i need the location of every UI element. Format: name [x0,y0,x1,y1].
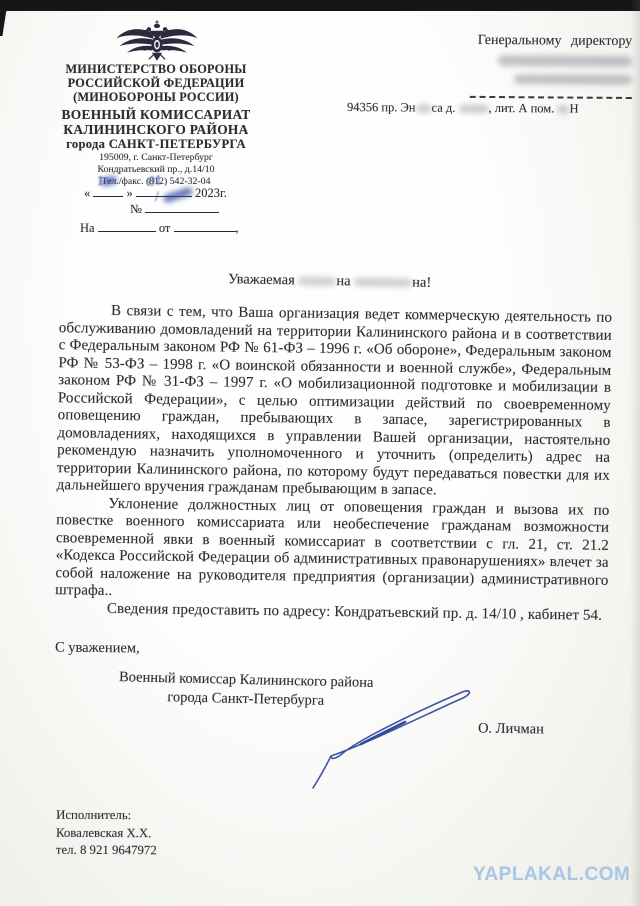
org-line: ВОЕННЫЙ КОМИССАРИАТ [28,107,284,122]
redaction-smudge [354,278,412,288]
salutation-fragment: на! [412,274,431,290]
ministry-line: РОССИЙСКОЙ ФЕДЕРАЦИИ [28,77,284,91]
handwritten-month: 01 [147,173,164,191]
redaction-smudge [415,105,431,113]
org-line: города САНКТ-ПЕТЕРБУРГА [28,137,284,152]
na-label: На [80,221,95,235]
recipient-title: Генеральному директору [350,32,632,50]
executor-block: Исполнитель: Ковалевская Х.Х. тел. 8 921… [56,807,157,860]
address-fragment: Н [569,102,578,116]
close-quote: » [127,186,133,200]
redaction-smudge [514,74,632,85]
ot-label: от [159,221,171,235]
blank-na [98,220,156,232]
scan-edge-corner [0,0,8,36]
contact-line: 195009, г. Санкт-Петербург [28,152,284,164]
scan-edge-top [0,0,640,11]
salutation-fragment: на [336,273,350,289]
blank-day: 1 [93,185,123,197]
signature-stroke [283,687,473,799]
body-paragraph: В связи с тем, что Ваша организация веде… [57,302,613,502]
salutation: Уважаемая на на! [228,271,432,292]
signer-name: О. Личман [478,721,544,739]
salutation-fragment: Уважаемая [228,271,295,288]
double-headed-eagle-icon [113,19,201,63]
open-quote: « [84,186,90,200]
ministry-line: МИНИСТЕРСТВО ОБОРОНЫ [28,63,284,77]
ministry-name: МИНИСТЕРСТВО ОБОРОНЫ РОССИЙСКОЙ ФЕДЕРАЦИ… [28,63,284,104]
redaction-smudge [498,55,632,67]
blank-number: / [145,201,219,213]
ministry-line: (МИНОБОРОНЫ РОССИИ) [28,91,284,105]
letter-body: В связи с тем, что Ваша организация веде… [55,302,612,625]
closing-regards: С уважением, [55,640,140,658]
address-fragment: 94356 пр. Эн [347,100,416,114]
redaction-smudge [458,105,488,113]
number-line: № / [130,201,219,217]
redaction-smudge [298,277,336,287]
blank-ot [174,220,236,232]
address-fragment: , лит. А пом. [488,101,554,115]
address-fragment: са д. [431,101,455,115]
year-label: 2023г. [195,186,227,200]
number-sign: № [130,202,142,216]
body-paragraph: Уклонение должностных лиц от оповещения … [55,495,609,608]
reference-line: На от , [80,220,239,236]
executor-label: Исполнитель: [56,807,157,825]
yaplakal-watermark: YAPLAKAL.COM [473,864,630,886]
redaction-smudge [557,106,569,114]
org-line: КАЛИНИНСКОГО РАЙОНА [28,122,284,137]
recipient-address: 94356 пр. Энса д. , лит. А пом. Н [347,100,640,117]
dashed-separator [470,96,632,99]
trailing-comma: , [236,221,239,235]
scanned-letter-page: МИНИСТЕРСТВО ОБОРОНЫ РОССИЙСКОЙ ФЕДЕРАЦИ… [0,0,640,906]
recipient-block: Генеральному директору [350,32,632,104]
executor-name: Ковалевская Х.Х. [56,824,157,842]
scan-edge-right [630,0,640,906]
executor-phone: тел. 8 921 9647972 [56,842,157,860]
commissariat-name: ВОЕННЫЙ КОМИССАРИАТ КАЛИНИНСКОГО РАЙОНА … [28,107,284,152]
